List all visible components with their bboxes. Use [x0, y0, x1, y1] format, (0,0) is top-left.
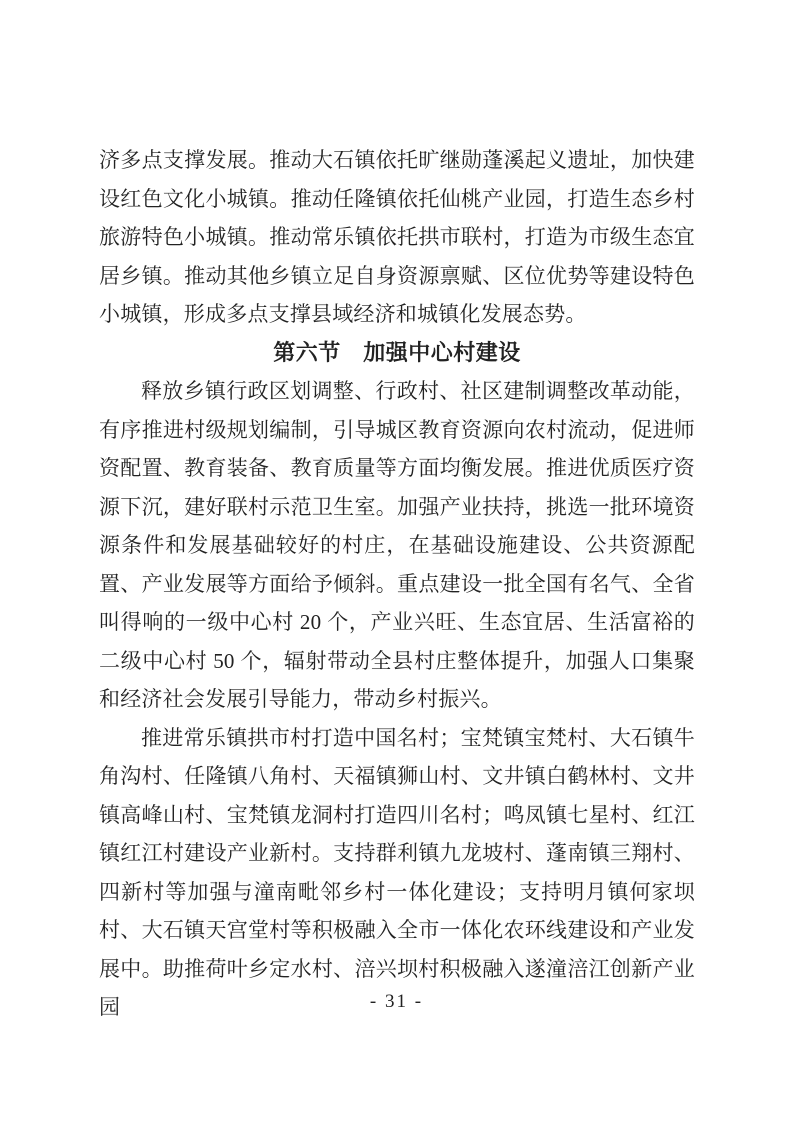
document-page: { "document": { "paragraphs": { "continu…	[0, 0, 793, 1122]
paragraph-center-village-policy: 释放乡镇行政区划调整、行政村、社区建制调整改革动能，有序推进村级规划编制，引导城…	[99, 372, 695, 719]
page-number: - 31 -	[0, 991, 793, 1013]
paragraph-named-villages: 推进常乐镇拱市村打造中国名村；宝梵镇宝梵村、大石镇牛角沟村、任隆镇八角村、天福镇…	[99, 719, 695, 1027]
paragraph-continued: 济多点支撑发展。推动大石镇依托旷继勋蓬溪起义遗址，加快建设红色文化小城镇。推动任…	[99, 141, 695, 334]
text-block: 济多点支撑发展。推动大石镇依托旷继勋蓬溪起义遗址，加快建设红色文化小城镇。推动任…	[99, 141, 695, 1027]
section-heading: 第六节 加强中心村建设	[99, 334, 695, 373]
